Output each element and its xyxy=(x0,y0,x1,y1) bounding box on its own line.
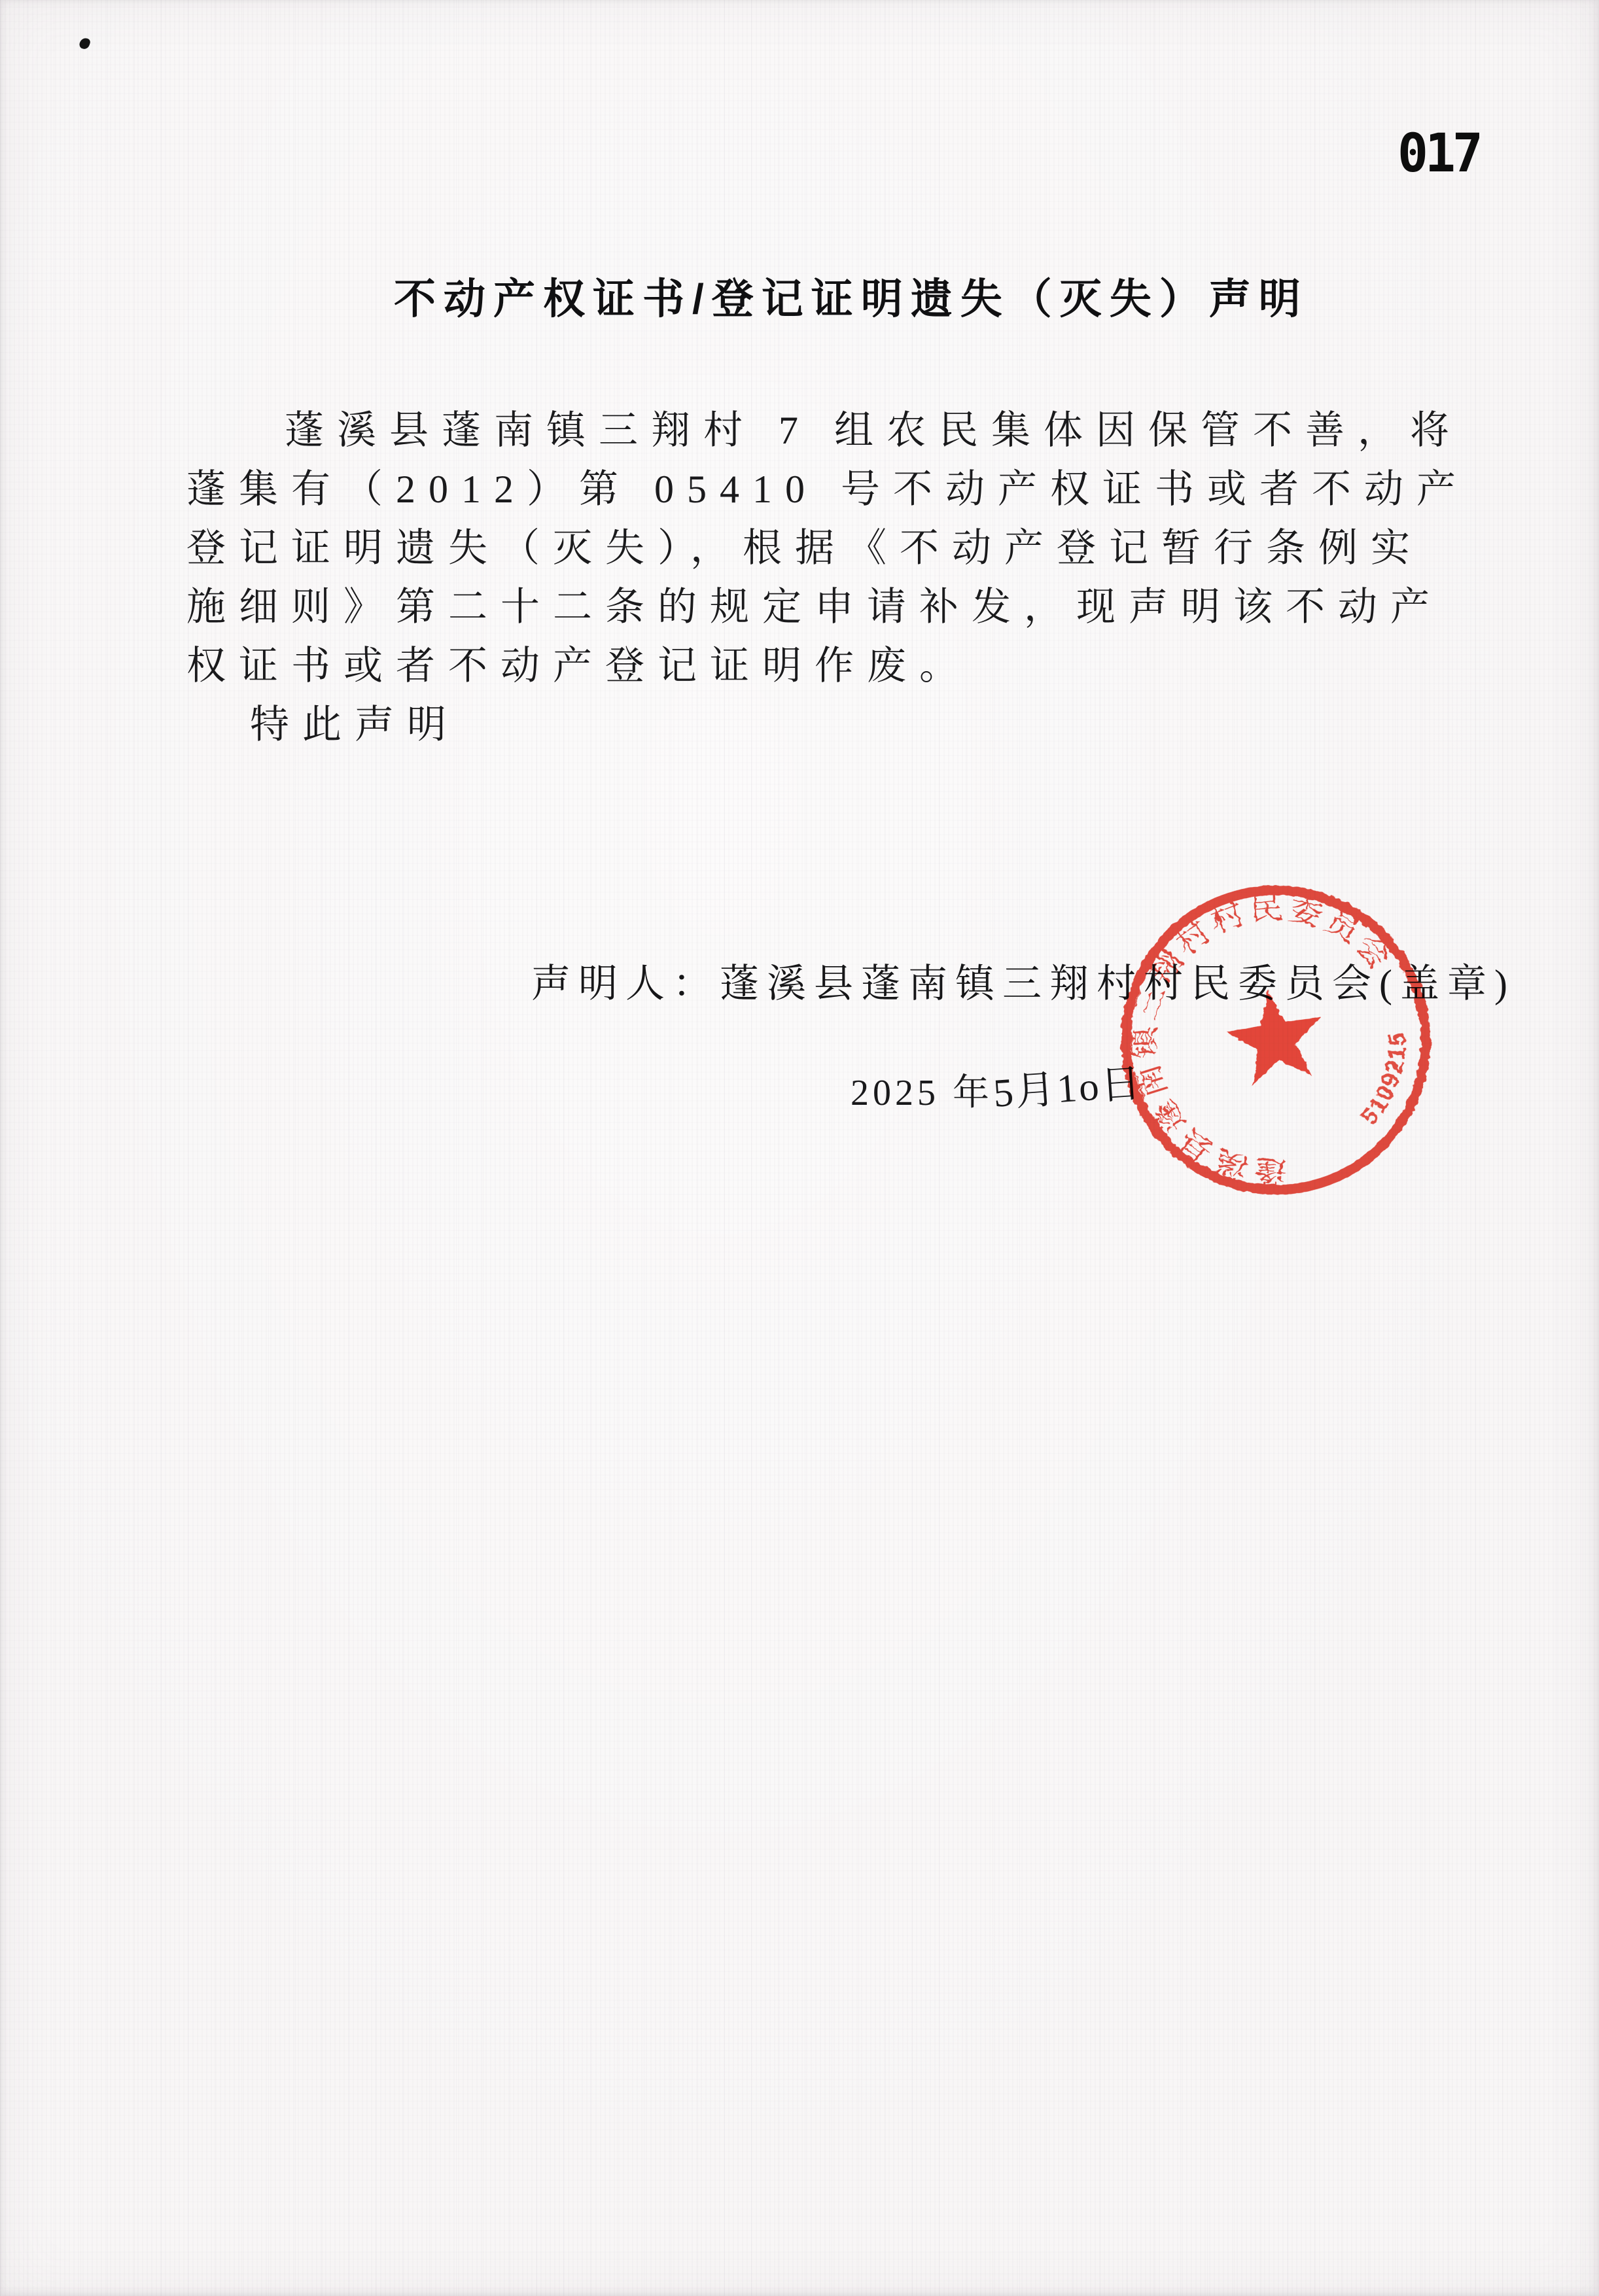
body-line-5: 权证书或者不动产登记证明作废。 xyxy=(186,635,972,691)
page-number-stamp: 017 xyxy=(1397,123,1480,184)
date-printed-part: 2025 年 xyxy=(851,1073,993,1113)
date-line: 2025 年5月1o日 xyxy=(851,1060,1143,1117)
body-line-3: 登记证明遗失（灭失），根据《不动产登记暂行条例实 xyxy=(186,517,1423,573)
scanned-document-page: 017 不动产权证书/登记证明遗失（灭失）声明 蓬溪县蓬南镇三翔村 7 组农民集… xyxy=(0,0,1599,2296)
seal-star-icon xyxy=(1220,982,1331,1088)
official-red-seal: 蓬溪县蓬南镇三翔村村民委员会 5109215049045 xyxy=(1106,870,1446,1210)
document-title: 不动产权证书/登记证明遗失（灭失）声明 xyxy=(394,266,1309,326)
body-line-6: 特此声明 xyxy=(250,693,459,750)
body-line-4: 施细则》第二十二条的规定申请补发，现声明该不动产 xyxy=(186,576,1443,632)
body-line-2: 蓬集有（2012）第 05410 号不动产权证书或者不动产 xyxy=(186,458,1469,514)
scan-artifact-speck xyxy=(79,37,92,50)
body-line-1: 蓬溪县蓬南镇三翔村 7 组农民集体因保管不善，将 xyxy=(285,399,1462,455)
